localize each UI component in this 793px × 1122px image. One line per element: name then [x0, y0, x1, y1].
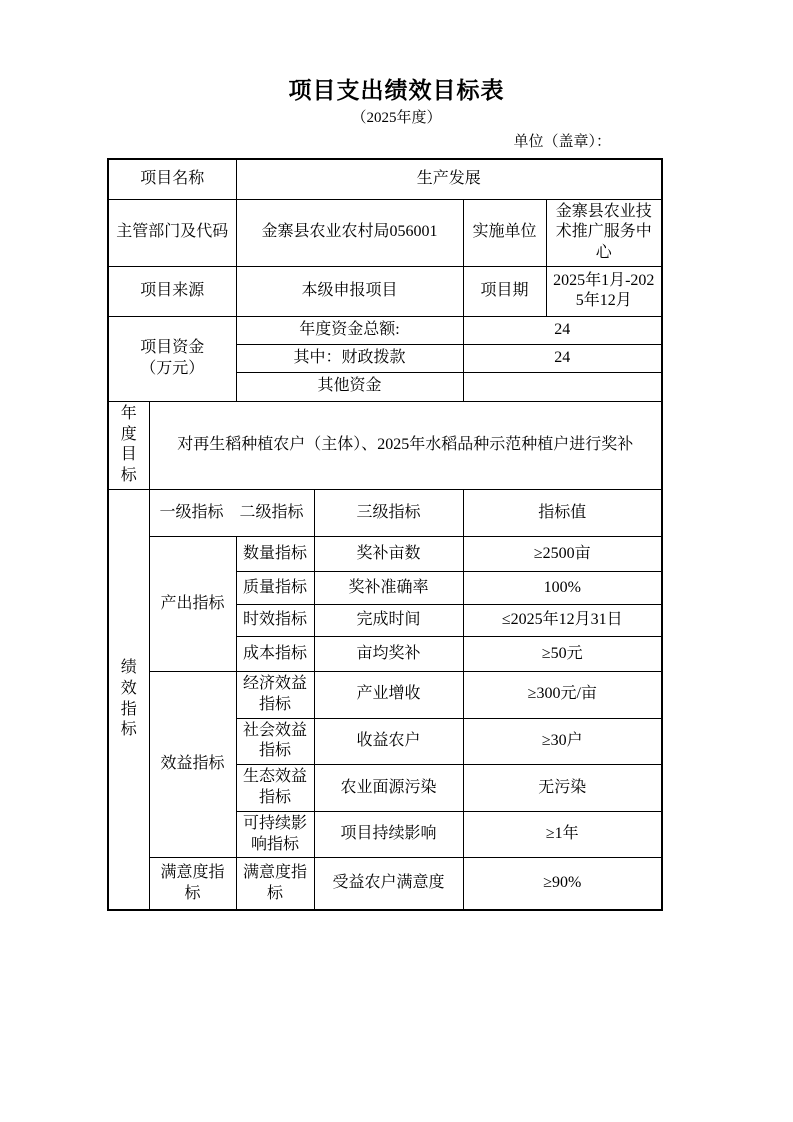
level2-cell: 经济效益指标 — [236, 672, 314, 719]
performance-target-table: 项目名称 生产发展 主管部门及代码 金寨县农业农村局056001 实施单位 金寨… — [107, 158, 663, 911]
value-cell: ≥2500亩 — [463, 537, 662, 572]
row-department: 主管部门及代码 金寨县农业农村局056001 实施单位 金寨县农业技术推广服务中… — [108, 199, 662, 266]
level1-output: 产出指标 — [149, 537, 236, 672]
page-title: 项目支出绩效目标表 — [0, 72, 793, 105]
dept-label: 主管部门及代码 — [108, 199, 236, 266]
header-level12: 一级指标 二级指标 — [149, 490, 314, 537]
project-name-value: 生产发展 — [236, 159, 662, 199]
level2-cell: 数量指标 — [236, 537, 314, 572]
funds-other-value — [463, 372, 662, 401]
funds-total-label: 年度资金总额: — [236, 316, 463, 344]
row-indicator-header: 绩 效 指 标 一级指标 二级指标 三级指标 指标值 — [108, 490, 662, 537]
annual-goal-value: 对再生稻种植农户（主体）、2025年水稻品种示范种植户进行奖补 — [149, 401, 662, 489]
source-label: 项目来源 — [108, 266, 236, 316]
source-value: 本级申报项目 — [236, 266, 463, 316]
level2-cell: 成本指标 — [236, 637, 314, 672]
level1-satisfaction: 满意度指标 — [149, 858, 236, 910]
period-label: 项目期 — [463, 266, 546, 316]
header-value: 指标值 — [463, 490, 662, 537]
level2-cell: 社会效益指标 — [236, 718, 314, 765]
header-level3: 三级指标 — [314, 490, 463, 537]
value-cell: ≥300元/亩 — [463, 672, 662, 719]
level3-cell: 受益农户满意度 — [314, 858, 463, 910]
row-project-name: 项目名称 生产发展 — [108, 159, 662, 199]
funds-fiscal-label: 其中：财政拨款 — [236, 344, 463, 372]
value-cell: ≥30户 — [463, 718, 662, 765]
level3-cell: 收益农户 — [314, 718, 463, 765]
value-cell: 100% — [463, 572, 662, 605]
project-name-label: 项目名称 — [108, 159, 236, 199]
level2-cell: 满意度指标 — [236, 858, 314, 910]
dept-value: 金寨县农业农村局056001 — [236, 199, 463, 266]
value-cell: ≤2025年12月31日 — [463, 605, 662, 637]
annual-goal-label: 年度 目标 — [108, 401, 149, 489]
level3-cell: 亩均奖补 — [314, 637, 463, 672]
impl-unit-label: 实施单位 — [463, 199, 546, 266]
value-cell: ≥50元 — [463, 637, 662, 672]
row-annual-goal: 年度 目标 对再生稻种植农户（主体）、2025年水稻品种示范种植户进行奖补 — [108, 401, 662, 489]
row-source: 项目来源 本级申报项目 项目期 2025年1月-2025年12月 — [108, 266, 662, 316]
level3-cell: 完成时间 — [314, 605, 463, 637]
period-value: 2025年1月-2025年12月 — [546, 266, 662, 316]
funds-other-label: 其他资金 — [236, 372, 463, 401]
funds-fiscal-value: 24 — [463, 344, 662, 372]
indicator-row: 效益指标 经济效益指标 产业增收 ≥300元/亩 — [108, 672, 662, 719]
value-cell: ≥90% — [463, 858, 662, 910]
row-funds-total: 项目资金 （万元） 年度资金总额: 24 — [108, 316, 662, 344]
level2-cell: 时效指标 — [236, 605, 314, 637]
level3-cell: 产业增收 — [314, 672, 463, 719]
level3-cell: 奖补准确率 — [314, 572, 463, 605]
indicators-side-label: 绩 效 指 标 — [108, 490, 149, 910]
indicator-row: 满意度指标 满意度指标 受益农户满意度 ≥90% — [108, 858, 662, 910]
unit-seal-label: 单位（盖章）： — [107, 130, 661, 151]
impl-unit-value: 金寨县农业技术推广服务中心 — [546, 199, 662, 266]
indicator-row: 产出指标 数量指标 奖补亩数 ≥2500亩 — [108, 537, 662, 572]
page-subtitle-year: （2025年度） — [0, 106, 793, 127]
value-cell: 无污染 — [463, 765, 662, 812]
level2-cell: 生态效益指标 — [236, 765, 314, 812]
level2-cell: 质量指标 — [236, 572, 314, 605]
value-cell: ≥1年 — [463, 811, 662, 858]
level3-cell: 项目持续影响 — [314, 811, 463, 858]
level3-cell: 奖补亩数 — [314, 537, 463, 572]
funds-total-value: 24 — [463, 316, 662, 344]
level3-cell: 农业面源污染 — [314, 765, 463, 812]
level2-cell: 可持续影响指标 — [236, 811, 314, 858]
level1-benefit: 效益指标 — [149, 672, 236, 858]
funds-label: 项目资金 （万元） — [108, 316, 236, 401]
